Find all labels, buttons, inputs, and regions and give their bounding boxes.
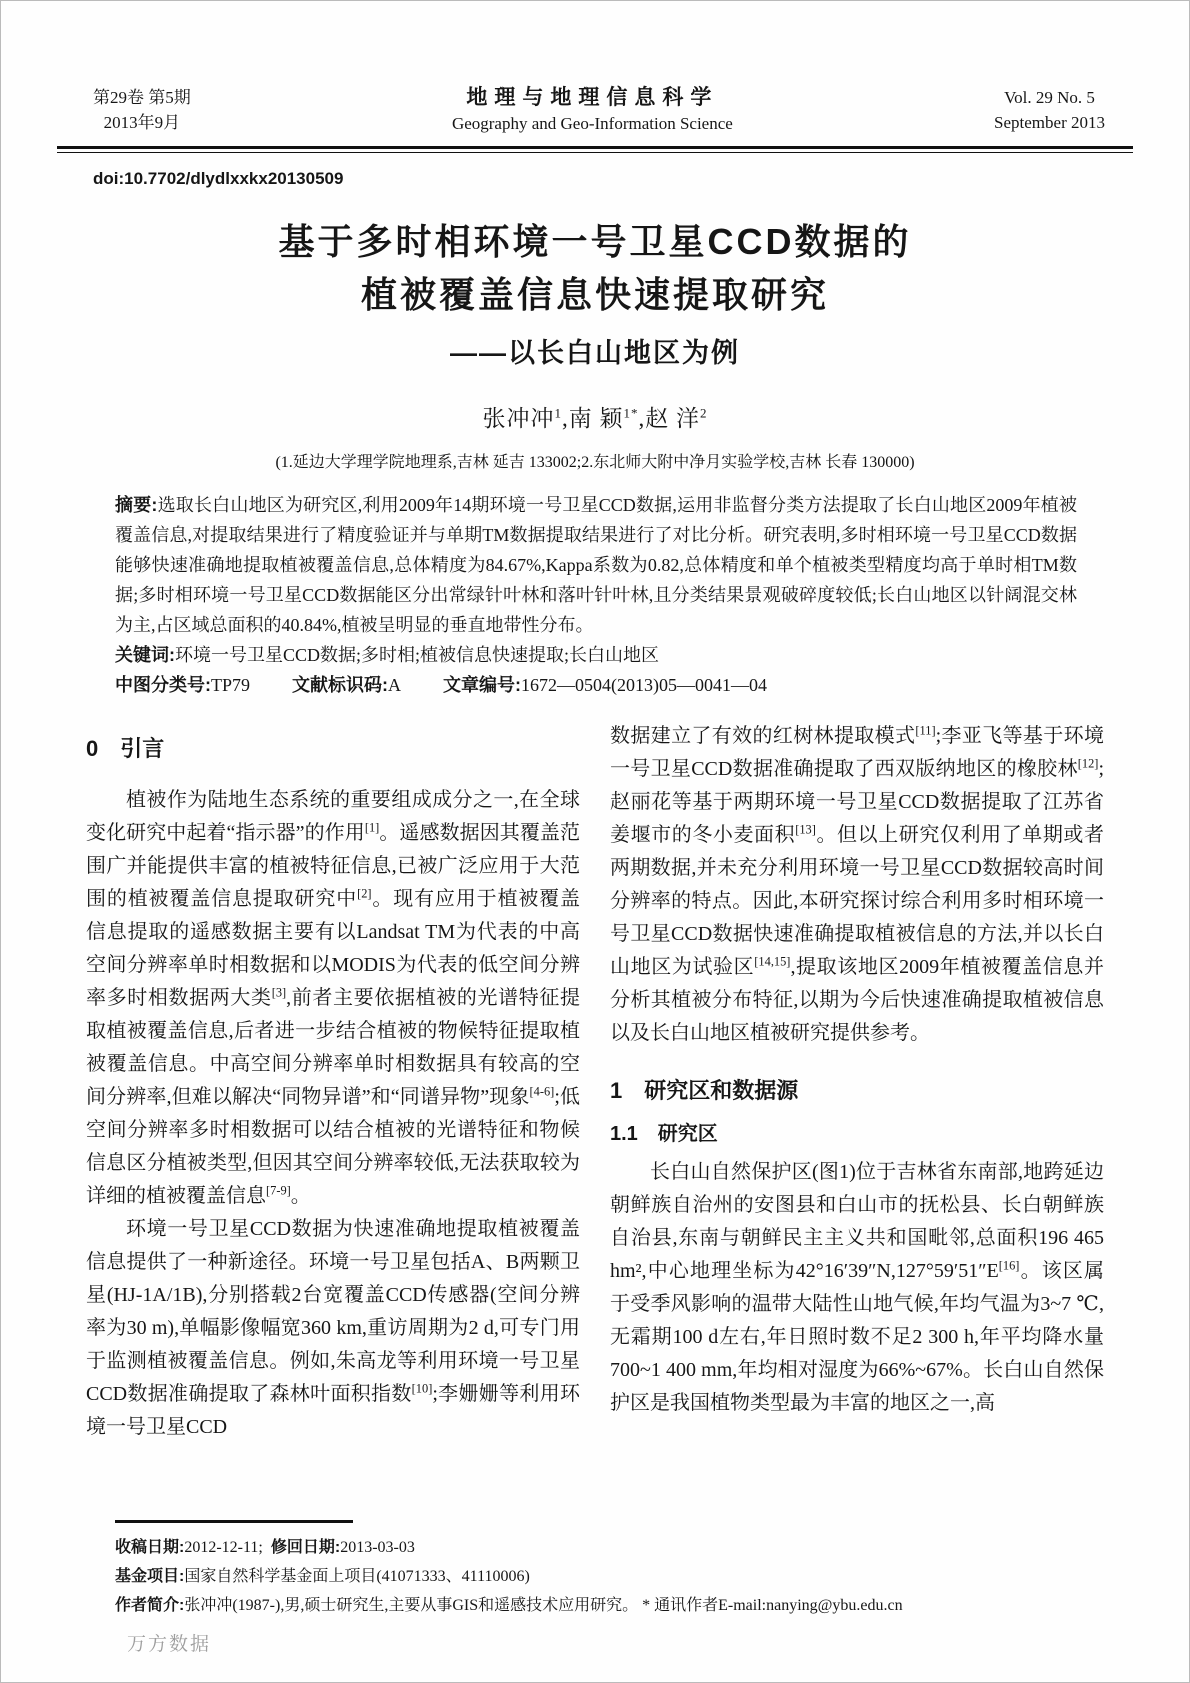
intro-paragraph-3: 数据建立了有效的红树林提取模式[11];李亚飞等基于环境一号卫星CCD数据准确提… <box>610 720 1104 1050</box>
intro-paragraph-2: 环境一号卫星CCD数据为快速准确地提取植被覆盖信息提供了一种新途径。环境一号卫星… <box>86 1213 580 1444</box>
wanfang-watermark: 万方数据 <box>127 1629 211 1656</box>
journal-issue-cn: 第29卷 第5期 2013年9月 <box>93 85 191 135</box>
fund-line: 基金项目:国家自然科学基金面上项目(41071333、41110006) <box>115 1562 1099 1591</box>
author-1-affil-mark: 1 <box>555 405 563 420</box>
author-3-affil-mark: 2 <box>700 405 708 420</box>
doi: doi:10.7702/dlydlxxkx20130509 <box>93 169 1189 189</box>
journal-date-cn: 2013年9月 <box>93 110 191 135</box>
journal-vol-issue-cn: 第29卷 第5期 <box>93 85 191 110</box>
right-column: 数据建立了有效的红树林提取模式[11];李亚飞等基于环境一号卫星CCD数据准确提… <box>610 720 1104 1444</box>
abstract-text: 选取长白山地区为研究区,利用2009年14期环境一号卫星CCD数据,运用非监督分… <box>115 495 1077 635</box>
journal-name: 地理与地理信息科学 Geography and Geo-Information … <box>452 85 733 137</box>
journal-date-en: September 2013 <box>994 110 1105 135</box>
left-column: 0 引言 植被作为陆地生态系统的重要组成成分之一,在全球变化研究中起着“指示器”… <box>86 720 580 1444</box>
article-title-line2: 植被覆盖信息快速提取研究 <box>361 274 829 315</box>
article-id: 文章编号:1672—0504(2013)05—0041—04 <box>443 675 767 695</box>
author-2: 南 颖1*, <box>569 406 646 431</box>
paper-page: 第29卷 第5期 2013年9月 地理与地理信息科学 Geography and… <box>0 0 1190 1683</box>
header-divider <box>57 146 1133 153</box>
journal-name-cn: 地理与地理信息科学 <box>452 85 733 111</box>
keywords-label: 关键词: <box>115 645 175 665</box>
clc-number: 中图分类号:TP79 <box>115 675 250 695</box>
journal-vol-issue-en: Vol. 29 No. 5 <box>994 85 1105 110</box>
article-title: 基于多时相环境一号卫星CCD数据的植被覆盖信息快速提取研究 <box>71 215 1119 321</box>
section-1-heading: 1 研究区和数据源 <box>610 1076 1104 1106</box>
abstract-label: 摘要: <box>115 495 157 515</box>
article-subtitle: ——以长白山地区为例 <box>1 331 1189 370</box>
classification-line: 中图分类号:TP79文献标识码:A文章编号:1672—0504(2013)05—… <box>115 670 1077 700</box>
affiliation: (1.延边大学理学院地理系,吉林 延吉 133002;2.东北师大附中净月实验学… <box>1 449 1189 472</box>
authors-line: 张冲冲1,南 颖1*,赵 洋2 <box>1 400 1189 433</box>
article-meta: 摘要:选取长白山地区为研究区,利用2009年14期环境一号卫星CCD数据,运用非… <box>115 490 1077 700</box>
author-1: 张冲冲1, <box>483 406 569 431</box>
author-bio-line: 作者简介:张冲冲(1987-),男,硕士研究生,主要从事GIS和遥感技术应用研究… <box>115 1591 1099 1620</box>
author-3: 赵 洋2 <box>645 406 707 431</box>
body-columns: 0 引言 植被作为陆地生态系统的重要组成成分之一,在全球变化研究中起着“指示器”… <box>86 720 1104 1444</box>
section-1-1-heading: 1.1 研究区 <box>610 1120 1104 1148</box>
keywords: 关键词:环境一号卫星CCD数据;多时相;植被信息快速提取;长白山地区 <box>115 640 1077 670</box>
first-page-footnote: 收稿日期:2012-12-11; 修回日期:2013-03-03 基金项目:国家… <box>1 1510 1189 1620</box>
journal-name-en: Geography and Geo-Information Science <box>452 111 733 137</box>
footnote-rule <box>115 1520 353 1523</box>
dates-line: 收稿日期:2012-12-11; 修回日期:2013-03-03 <box>115 1533 1099 1562</box>
keywords-text: 环境一号卫星CCD数据;多时相;植被信息快速提取;长白山地区 <box>175 645 659 665</box>
journal-header: 第29卷 第5期 2013年9月 地理与地理信息科学 Geography and… <box>1 1 1189 137</box>
document-code: 文献标识码:A <box>292 675 401 695</box>
abstract: 摘要:选取长白山地区为研究区,利用2009年14期环境一号卫星CCD数据,运用非… <box>115 490 1077 640</box>
author-2-affil-mark: 1* <box>624 405 639 420</box>
journal-issue-en: Vol. 29 No. 5 September 2013 <box>994 85 1105 135</box>
article-title-line1: 基于多时相环境一号卫星CCD数据的 <box>279 221 912 262</box>
section-0-heading: 0 引言 <box>86 734 580 764</box>
study-area-paragraph: 长白山自然保护区(图1)位于吉林省东南部,地跨延边朝鲜族自治州的安图县和白山市的… <box>610 1156 1104 1420</box>
intro-paragraph-1: 植被作为陆地生态系统的重要组成成分之一,在全球变化研究中起着“指示器”的作用[1… <box>86 784 580 1213</box>
